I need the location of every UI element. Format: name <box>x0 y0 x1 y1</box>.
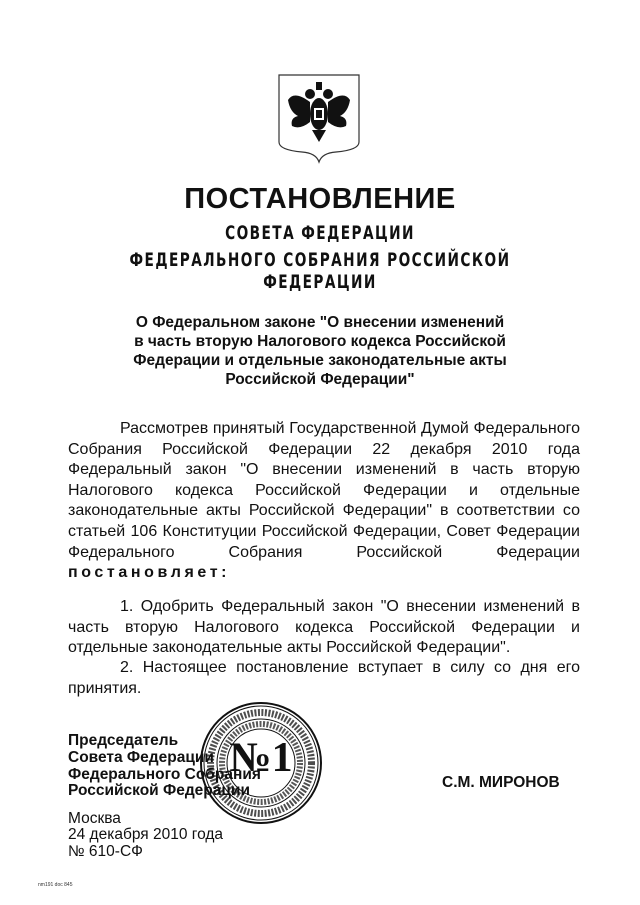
date: 24 декабря 2010 года <box>68 827 223 843</box>
resolution-item-1: 1. Одобрить Федеральный закон "О внесени… <box>68 597 580 659</box>
signatory-name: С.М. МИРОНОВ <box>442 774 560 792</box>
document-place-date-number: Москва 24 декабря 2010 года № 610-СФ <box>68 811 223 860</box>
document-number: № 610-СФ <box>68 844 223 860</box>
subject-line: Федерации и отдельные законодательные ак… <box>100 351 540 370</box>
preamble-text: Рассмотрев принятый Государственной Думо… <box>68 420 580 561</box>
coat-of-arms-emblem <box>276 72 362 164</box>
document-subject: О Федеральном законе "О внесении изменен… <box>100 313 540 389</box>
document-subtitle-assembly: ФЕДЕРАЛЬНОГО СОБРАНИЯ РОССИЙСКОЙ ФЕДЕРАЦ… <box>90 249 551 293</box>
document-subtitle-council: СОВЕТА ФЕДЕРАЦИИ <box>90 222 551 244</box>
subject-line: О Федеральном законе "О внесении изменен… <box>100 313 540 332</box>
stamp-number: №1 <box>198 734 324 782</box>
resolution-item-2: 2. Настоящее постановление вступает в си… <box>68 658 580 699</box>
place: Москва <box>68 811 223 827</box>
preamble-paragraph: Рассмотрев принятый Государственной Думо… <box>68 419 580 584</box>
subject-line: в часть вторую Налогового кодекса Россий… <box>100 332 540 351</box>
official-seal-stamp: №1 <box>198 700 324 826</box>
subject-line: Российской Федерации" <box>100 370 540 389</box>
file-reference: nm191 doc 845 <box>38 882 72 888</box>
document-title: ПОСТАНОВЛЕНИЕ <box>0 183 640 216</box>
resolves-keyword: постановляет: <box>68 564 230 581</box>
